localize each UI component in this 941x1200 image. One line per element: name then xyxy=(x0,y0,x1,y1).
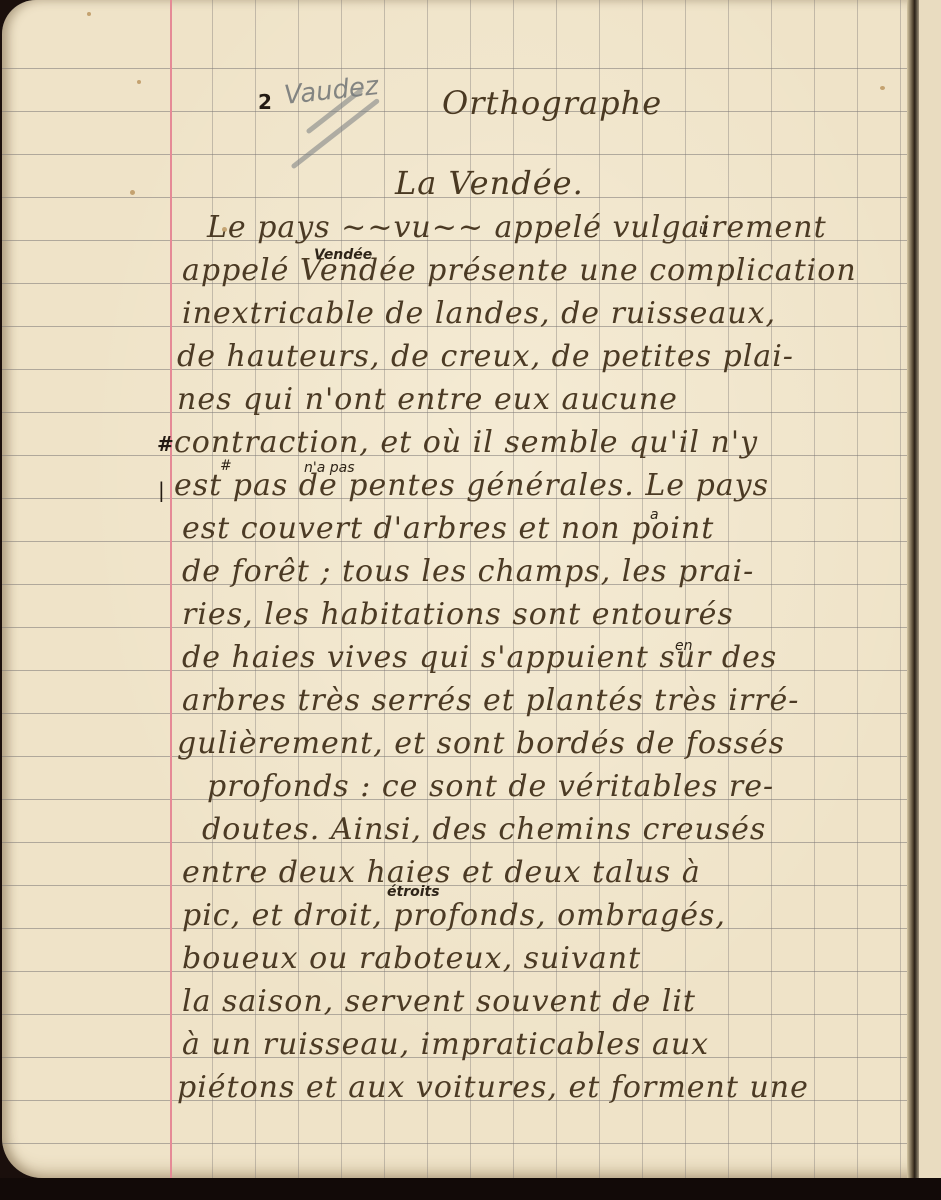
correction-above: en xyxy=(675,638,693,654)
text-line-8: est couvert d'arbres et non point xyxy=(182,511,714,546)
text-line-6: contraction, et où il semble qu'il n'y xyxy=(174,425,758,460)
text-line-14: profonds : ce sont de véritables re- xyxy=(207,769,774,804)
correction-above: a xyxy=(650,507,659,523)
heading-orthographe: Orthographe xyxy=(442,84,662,122)
text-line-12: arbres très serrés et plantés très irré- xyxy=(182,683,799,718)
text-line-5: nes qui n'ont entre eux aucune xyxy=(177,382,678,417)
next-page-edge xyxy=(919,0,941,1178)
correction-above: n'a pas xyxy=(304,460,355,476)
text-line-1: Le pays ~~vu~~ appelé vulgairement xyxy=(207,210,827,245)
paper-stain xyxy=(880,86,885,90)
text-line-19: la saison, servent souvent de lit xyxy=(182,984,696,1019)
paper-stain xyxy=(130,190,135,195)
text-line-20: à un ruisseau, impraticables aux xyxy=(182,1027,709,1062)
text-line-21: piétons et aux voitures, et forment une xyxy=(177,1070,809,1105)
text-line-10: ries, les habitations sont entourés xyxy=(182,597,734,632)
paper-stain xyxy=(87,12,91,16)
text-line-4: de hauteurs, de creux, de petites plai- xyxy=(177,339,794,374)
text-line-9: de forêt ; tous les champs, les prai- xyxy=(182,554,754,589)
margin-mark: | xyxy=(158,478,165,502)
text-line-3: inextricable de landes, de ruisseaux, xyxy=(182,296,776,331)
correction-above: étroits xyxy=(387,884,440,900)
notebook-page: 2 Vaudez Orthographe La Vendée. Le pays … xyxy=(2,0,918,1178)
text-line-2: appelé Vendée présente une complication xyxy=(182,253,857,288)
text-line-15: doutes. Ainsi, des chemins creusés xyxy=(202,812,766,847)
text-line-18: boueux ou raboteux, suivant xyxy=(182,941,641,976)
margin-mark: # xyxy=(157,432,174,456)
red-margin-line xyxy=(170,0,172,1178)
correction-above: ü xyxy=(699,222,708,238)
text-line-17: pic, et droit, profonds, ombragés, xyxy=(182,898,726,933)
corner-mark: 2 xyxy=(258,90,272,114)
text-line-7: est pas de pentes générales. Le pays xyxy=(174,468,769,503)
background-surface xyxy=(0,1178,941,1200)
paper-stain xyxy=(137,80,141,84)
dictation-title: La Vendée. xyxy=(395,164,584,202)
correction-insert: Vendée xyxy=(314,247,372,263)
text-line-16: entre deux haies et deux talus à xyxy=(182,855,701,890)
text-line-13: gulièrement, et sont bordés de fossés xyxy=(177,726,785,761)
